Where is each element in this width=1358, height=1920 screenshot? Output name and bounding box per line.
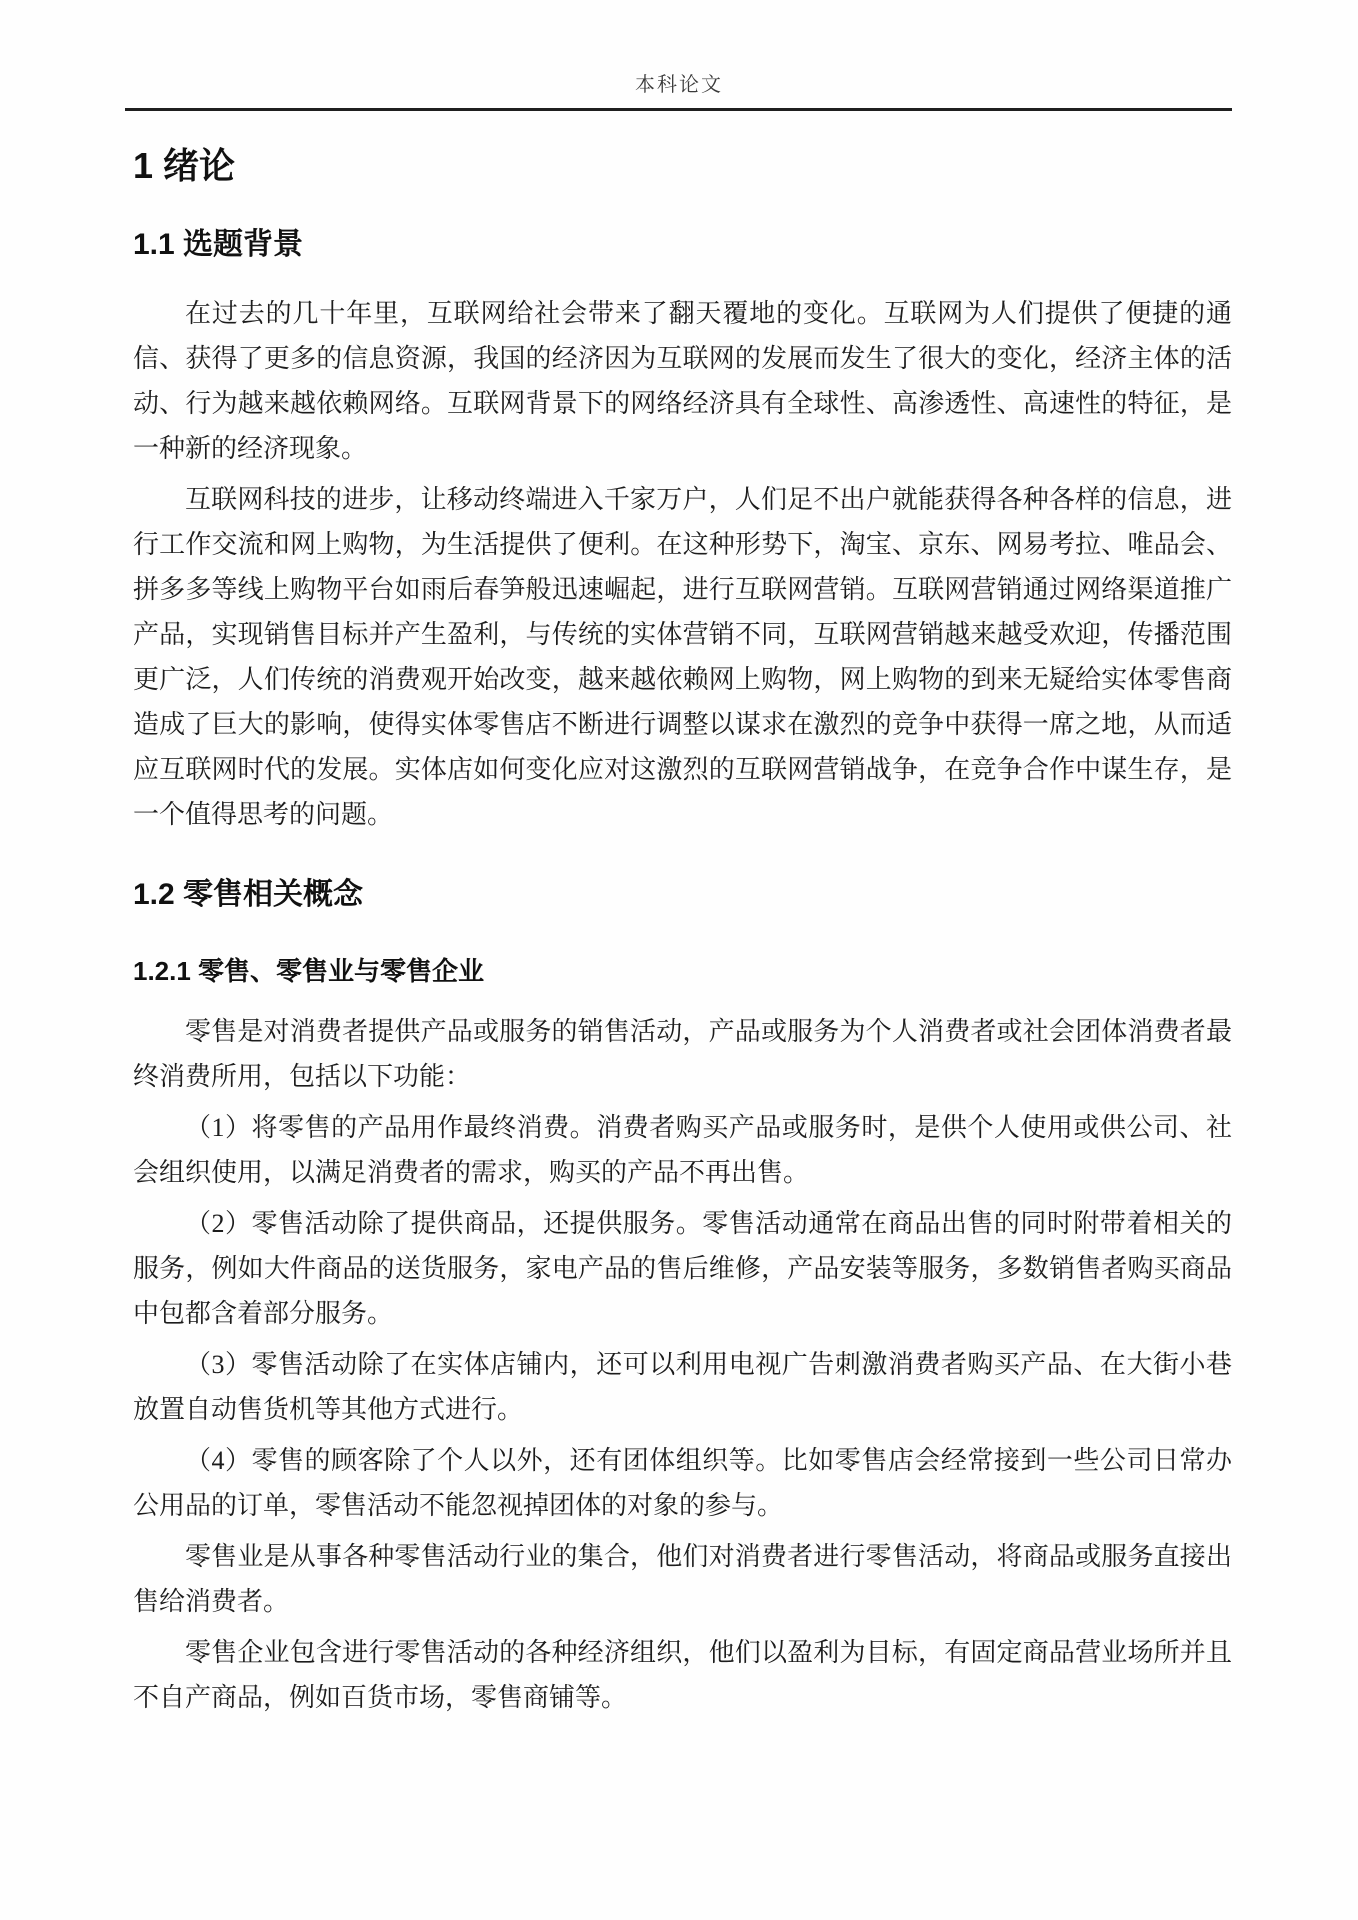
page-header: 本科论文 bbox=[0, 0, 1358, 96]
header-divider bbox=[125, 108, 1232, 111]
list-paragraph-3: （3）零售活动除了在实体店铺内，还可以利用电视广告刺激消费者购买产品、在大街小巷… bbox=[133, 1342, 1232, 1432]
chapter-title: 1 绪论 bbox=[133, 145, 1232, 187]
section-title-1-1: 1.1 选题背景 bbox=[133, 227, 1232, 263]
subsection-title-1-2-1: 1.2.1 零售、零售业与零售企业 bbox=[133, 955, 1232, 987]
paragraph: 零售是对消费者提供产品或服务的销售活动，产品或服务为个人消费者或社会团体消费者最… bbox=[133, 1009, 1232, 1099]
paragraph: 零售企业包含进行零售活动的各种经济组织，他们以盈利为目标，有固定商品营业场所并且… bbox=[133, 1630, 1232, 1720]
page-content: 1 绪论 1.1 选题背景 在过去的几十年里，互联网给社会带来了翻天覆地的变化。… bbox=[133, 145, 1232, 1720]
running-head: 本科论文 bbox=[635, 74, 723, 96]
list-paragraph-1: （1）将零售的产品用作最终消费。消费者购买产品或服务时，是供个人使用或供公司、社… bbox=[133, 1105, 1232, 1195]
section-title-1-2: 1.2 零售相关概念 bbox=[133, 877, 1232, 913]
paragraph: 在过去的几十年里，互联网给社会带来了翻天覆地的变化。互联网为人们提供了便捷的通信… bbox=[133, 291, 1232, 471]
list-paragraph-2: （2）零售活动除了提供商品，还提供服务。零售活动通常在商品出售的同时附带着相关的… bbox=[133, 1201, 1232, 1336]
paragraph: 零售业是从事各种零售活动行业的集合，他们对消费者进行零售活动，将商品或服务直接出… bbox=[133, 1534, 1232, 1624]
paragraph: 互联网科技的进步，让移动终端进入千家万户，人们足不出户就能获得各种各样的信息，进… bbox=[133, 477, 1232, 837]
list-paragraph-4: （4）零售的顾客除了个人以外，还有团体组织等。比如零售店会经常接到一些公司日常办… bbox=[133, 1438, 1232, 1528]
thesis-page: 本科论文 1 绪论 1.1 选题背景 在过去的几十年里，互联网给社会带来了翻天覆… bbox=[0, 0, 1358, 1920]
